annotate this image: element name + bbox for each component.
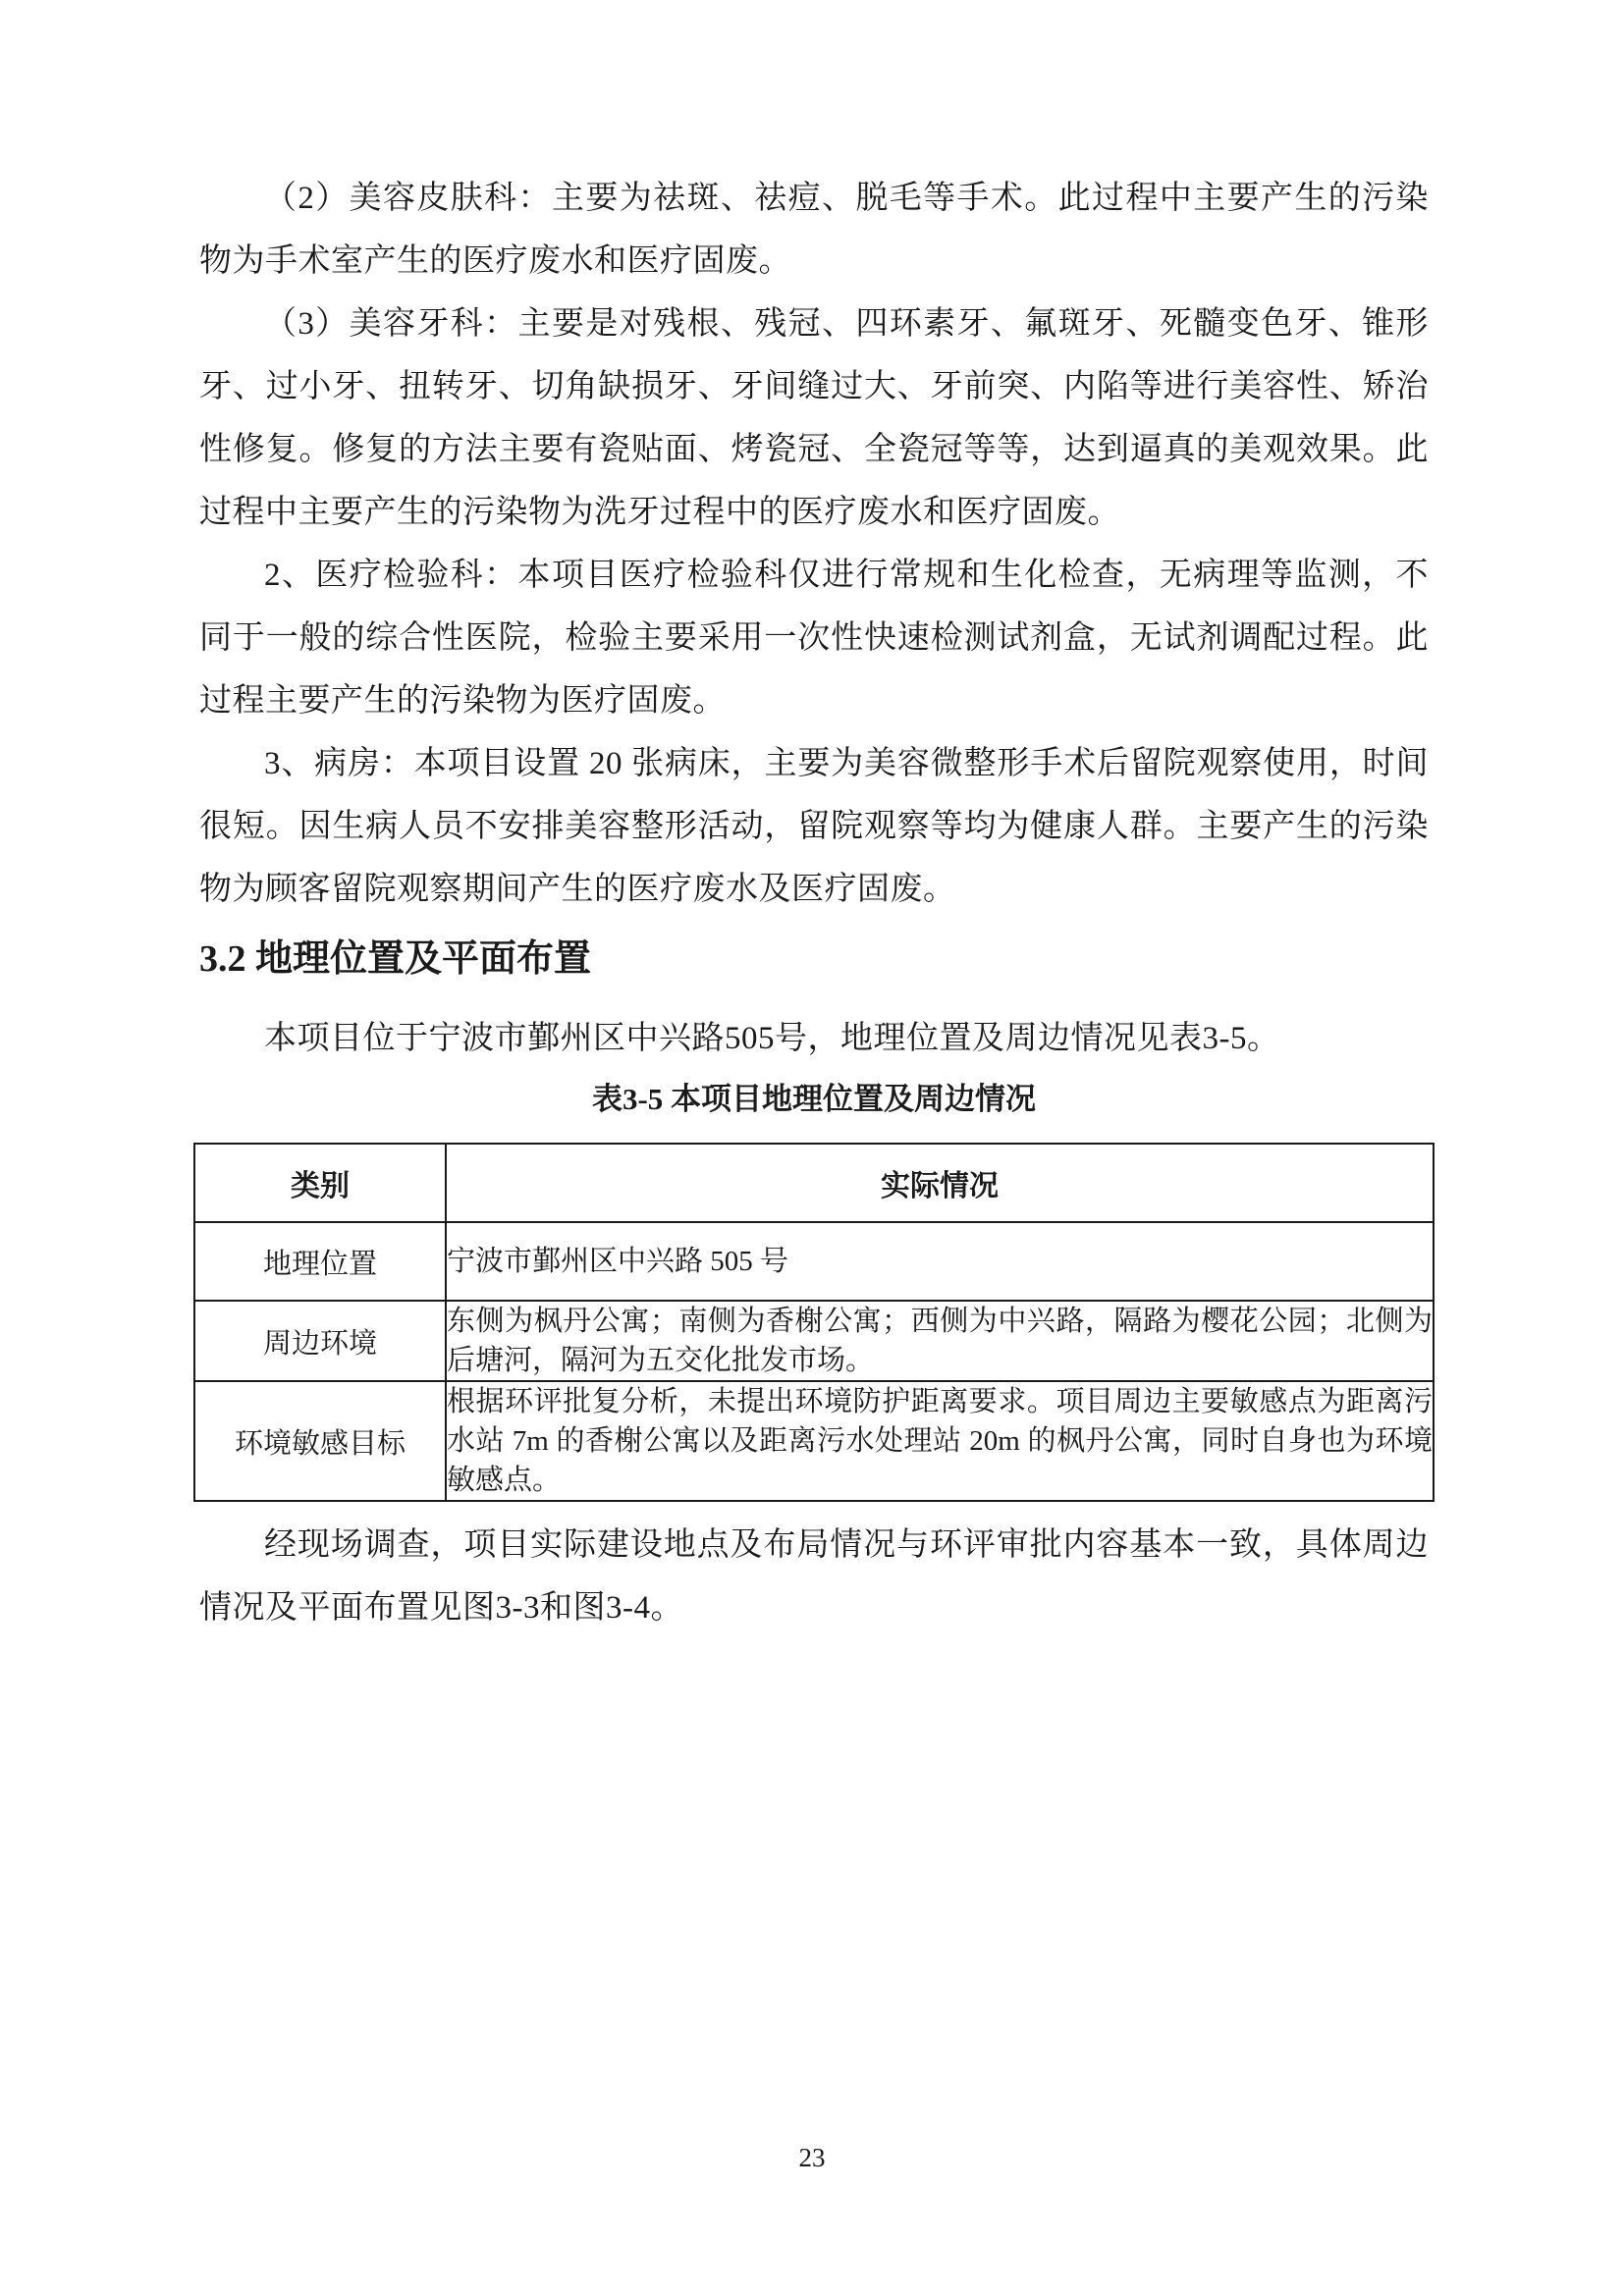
row-value: 东侧为枫丹公寓；南侧为香榭公寓；西侧为中兴路，隔路为樱花公园；北侧为后塘河，隔河… [446, 1301, 1434, 1381]
document-page: （2）美容皮肤科：主要为祛斑、祛痘、脱毛等手术。此过程中主要产生的污染物为手术室… [0, 0, 1624, 2296]
paragraph-site-survey-conclusion: 经现场调查，项目实际建设地点及布局情况与环评审批内容基本一致，具体周边情况及平面… [199, 1514, 1429, 1639]
row-label: 地理位置 [194, 1222, 446, 1301]
table-row-geographic-location: 地理位置 宁波市鄞州区中兴路 505 号 [194, 1222, 1434, 1301]
row-label: 环境敏感目标 [194, 1381, 446, 1501]
table-header-category: 类别 [194, 1144, 446, 1222]
page-number: 23 [0, 2142, 1624, 2173]
paragraph-ward: 3、病房：本项目设置 20 张病床，主要为美容微整形手术后留院观察使用，时间很短… [199, 732, 1429, 921]
page-content: （2）美容皮肤科：主要为祛斑、祛痘、脱毛等手术。此过程中主要产生的污染物为手术室… [0, 0, 1624, 1639]
table-header-actual-situation: 实际情况 [446, 1144, 1434, 1222]
row-label: 周边环境 [194, 1301, 446, 1381]
paragraph-cosmetic-dentistry: （3）美容牙科：主要是对残根、残冠、四环素牙、氟斑牙、死髓变色牙、锥形牙、过小牙… [199, 293, 1429, 544]
row-value: 宁波市鄞州区中兴路 505 号 [446, 1222, 1434, 1301]
table-row-surrounding-environment: 周边环境 东侧为枫丹公寓；南侧为香榭公寓；西侧为中兴路，隔路为樱花公园；北侧为后… [194, 1301, 1434, 1381]
row-value: 根据环评批复分析，未提出环境防护距离要求。项目周边主要敏感点为距离污水站 7m … [446, 1381, 1434, 1501]
paragraph-cosmetic-dermatology: （2）美容皮肤科：主要为祛斑、祛痘、脱毛等手术。此过程中主要产生的污染物为手术室… [199, 167, 1429, 293]
location-table: 类别 实际情况 地理位置 宁波市鄞州区中兴路 505 号 周边环境 东侧为枫丹公… [193, 1143, 1435, 1502]
paragraph-medical-laboratory: 2、医疗检验科：本项目医疗检验科仅进行常规和生化检查，无病理等监测，不同于一般的… [199, 544, 1429, 732]
paragraph-location-intro: 本项目位于宁波市鄞州区中兴路505号，地理位置及周边情况见表3-5。 [199, 1007, 1429, 1070]
section-heading: 3.2 地理位置及平面布置 [199, 934, 1429, 984]
table-row-environmental-sensitive-targets: 环境敏感目标 根据环评批复分析，未提出环境防护距离要求。项目周边主要敏感点为距离… [194, 1381, 1434, 1501]
table-header-row: 类别 实际情况 [194, 1144, 1434, 1222]
table-caption: 表3-5 本项目地理位置及周边情况 [199, 1078, 1429, 1121]
